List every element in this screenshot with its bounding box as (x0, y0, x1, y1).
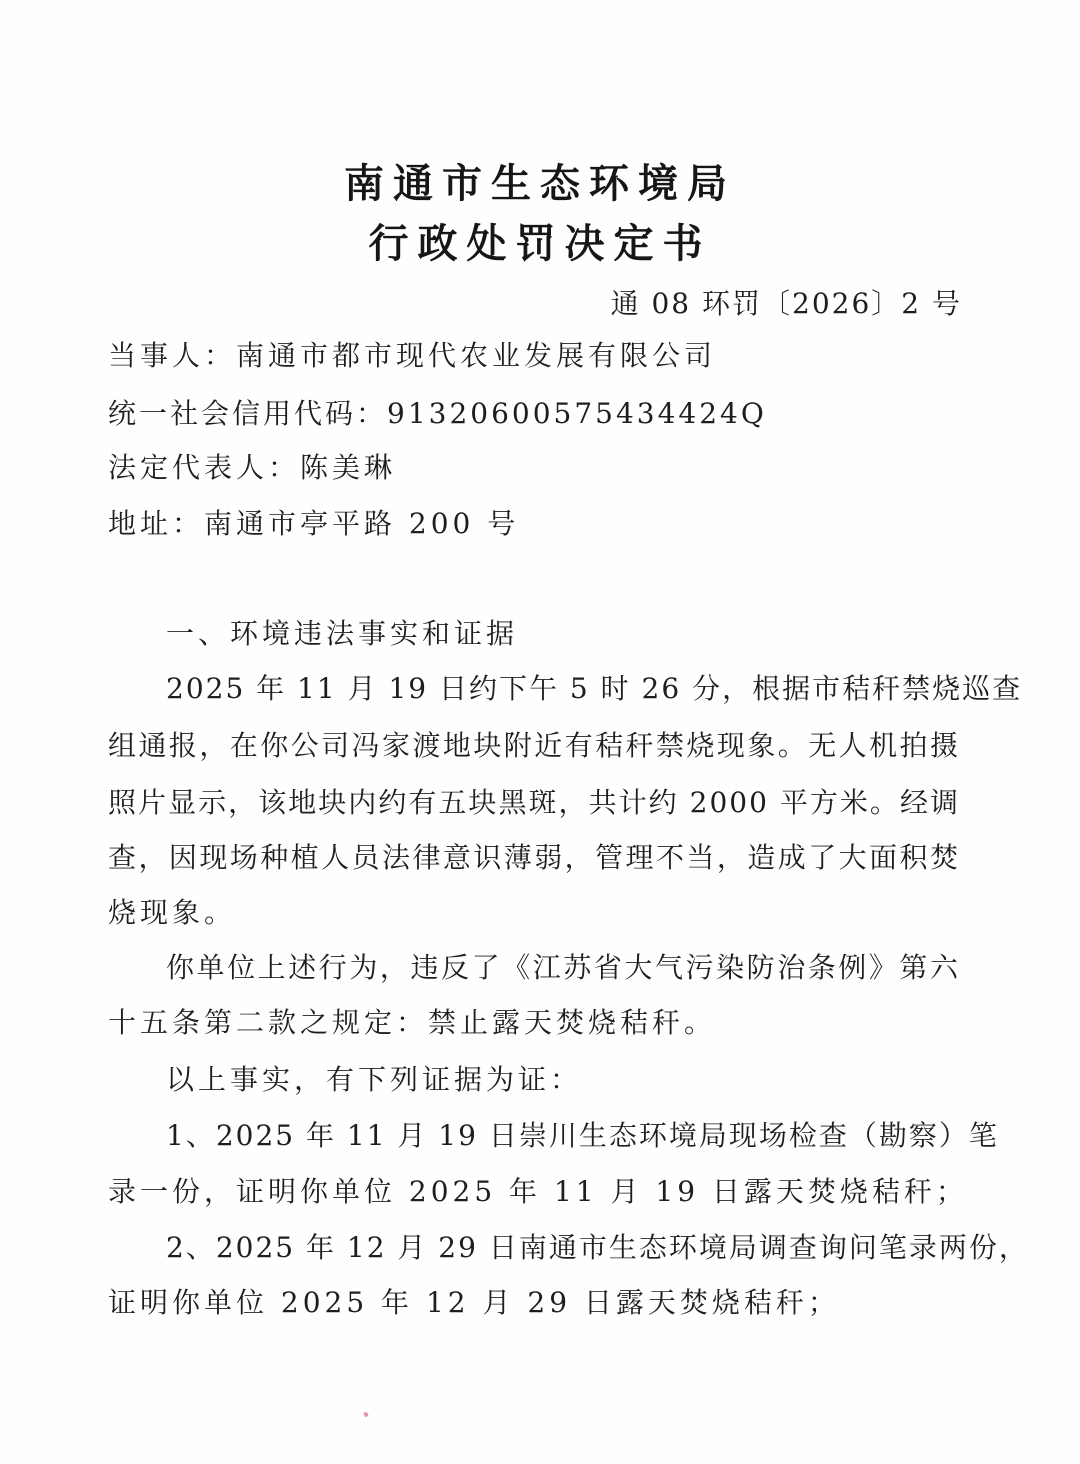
credit-code: 统一社会信用代码：91320600575434424Q (108, 392, 767, 432)
scan-artifact-mark (363, 1411, 369, 1417)
fact-paragraph-line: 查，因现场种植人员法律意识薄弱，管理不当，造成了大面积焚 (108, 836, 960, 876)
violation-paragraph-line: 十五条第二款之规定：禁止露天焚烧秸秆。 (108, 1001, 716, 1041)
section-heading: 一、环境违法事实和证据 (166, 612, 518, 652)
evidence-item-2-cont: 证明你单位 2025 年 12 月 29 日露天焚烧秸秆； (108, 1281, 840, 1321)
evidence-item-1: 1、2025 年 11 月 19 日崇川生态环境局现场检查（勘察）笔 (166, 1114, 960, 1154)
document-page: 南通市生态环境局 行政处罚决定书 通 08 环罚〔2026〕2 号 当事人：南通… (0, 0, 1080, 1464)
fact-paragraph-line: 照片显示，该地块内约有五块黑斑，共计约 2000 平方米。经调 (108, 781, 960, 821)
evidence-intro: 以上事实，有下列证据为证： (166, 1058, 582, 1098)
fact-paragraph-line: 烧现象。 (108, 891, 236, 931)
fact-paragraph-line: 2025 年 11 月 19 日约下午 5 时 26 分，根据市秸秆禁烧巡查 (166, 667, 960, 707)
fact-paragraph-line: 组通报，在你公司冯家渡地块附近有秸秆禁烧现象。无人机拍摄 (108, 724, 960, 764)
document-type-title: 行政处罚决定书 (0, 212, 1080, 269)
party-name: 当事人：南通市都市现代农业发展有限公司 (108, 334, 716, 374)
legal-representative: 法定代表人：陈美琳 (108, 446, 396, 486)
document-number: 通 08 环罚〔2026〕2 号 (611, 282, 962, 322)
issuing-authority-title: 南通市生态环境局 (0, 152, 1080, 209)
party-address: 地址：南通市亭平路 200 号 (108, 502, 519, 542)
violation-paragraph-line: 你单位上述行为，违反了《江苏省大气污染防治条例》第六 (166, 946, 960, 986)
evidence-item-1-cont: 录一份，证明你单位 2025 年 11 月 19 日露天焚烧秸秆； (108, 1170, 968, 1210)
evidence-item-2: 2、2025 年 12 月 29 日南通市生态环境局调查询问笔录两份， (166, 1226, 960, 1266)
